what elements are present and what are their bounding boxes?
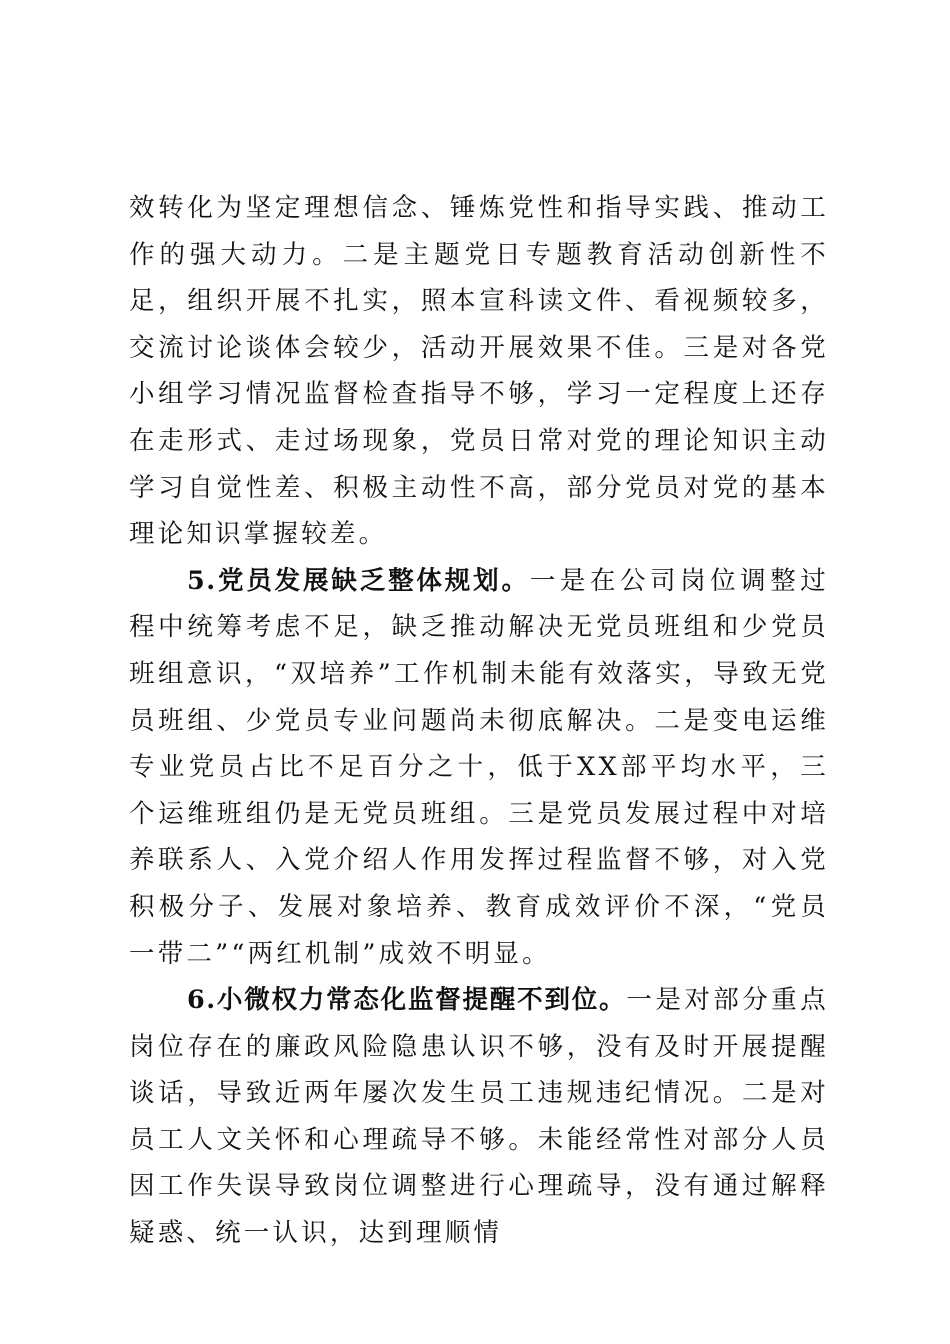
paragraph-heading: 5.党员发展缺乏整体规划。 — [187, 566, 530, 596]
paragraph-heading: 6.小微权力常态化监督提醒不到位。 — [187, 985, 626, 1015]
paragraph-item-6: 6.小微权力常态化监督提醒不到位。一是对部分重点岗位存在的廉政风险隐患认识不够，… — [129, 977, 829, 1257]
paragraph-body: 效转化为坚定理想信念、锤炼党性和指导实践、推动工作的强大动力。二是主题党日专题教… — [129, 193, 829, 549]
paragraph-body: 一是在公司岗位调整过程中统筹考虑不足，缺乏推动解决无党员班组和少党员班组意识，“… — [129, 566, 829, 969]
paragraph-item-5: 5.党员发展缺乏整体规划。一是在公司岗位调整过程中统筹考虑不足，缺乏推动解决无党… — [129, 558, 829, 977]
paragraph-continuation: 效转化为坚定理想信念、锤炼党性和指导实践、推动工作的强大动力。二是主题党日专题教… — [129, 185, 829, 558]
document-page: 效转化为坚定理想信念、锤炼党性和指导实践、推动工作的强大动力。二是主题党日专题教… — [129, 185, 829, 1257]
paragraph-body: 一是对部分重点岗位存在的廉政风险隐患认识不够，没有及时开展提醒谈话，导致近两年屡… — [129, 985, 829, 1248]
